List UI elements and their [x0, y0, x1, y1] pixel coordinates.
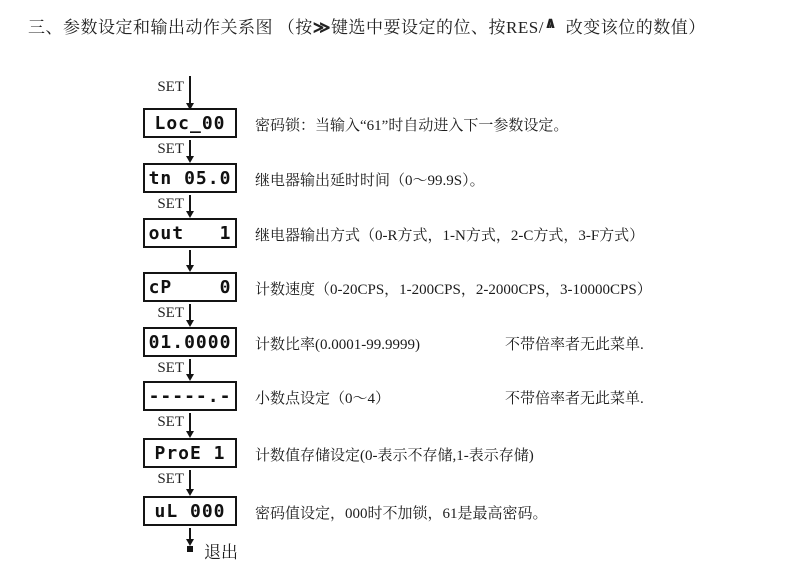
- step-note: 不带倍率者无此菜单.: [505, 387, 644, 408]
- down-arrow-icon: [189, 528, 191, 540]
- lcd-display-count-ratio: 01.0000: [143, 327, 237, 357]
- set-key-label: SET: [142, 471, 184, 488]
- set-key-label: SET: [142, 141, 184, 158]
- lcd-segment-text: cP 0: [149, 277, 232, 298]
- set-key-label: SET: [142, 305, 184, 322]
- down-arrow-icon: [189, 304, 191, 321]
- down-arrow-icon: [189, 76, 191, 104]
- down-arrow-icon: [189, 140, 191, 157]
- lcd-segment-text: uL 000: [154, 501, 225, 522]
- step-description: 继电器输出方式（0-R方式，1-N方式，2-C方式，3-F方式）: [255, 224, 644, 245]
- title-text: 改变该位的数值）: [561, 18, 706, 37]
- down-arrow-icon: [189, 250, 191, 266]
- set-key-label: SET: [142, 196, 184, 213]
- shift-key-icon: ≫: [313, 18, 331, 37]
- increment-key-icon: ∧∧: [544, 19, 561, 35]
- page-title: 三、参数设定和输出动作关系图 （按≫键选中要设定的位、按RES/∧∧ 改变该位的…: [28, 13, 706, 38]
- set-key-label: SET: [142, 79, 184, 96]
- lcd-display-count-speed: cP 0: [143, 272, 237, 302]
- set-key-label: SET: [142, 414, 184, 431]
- lcd-display-password-lock: Loc_00: [143, 108, 237, 138]
- title-text: 键选中要设定的位、按RES/: [331, 18, 544, 37]
- exit-dot-icon: [187, 546, 193, 552]
- lcd-display-delay-time: tn 05.0: [143, 163, 237, 193]
- down-arrow-icon: [189, 470, 191, 490]
- lcd-display-password-value: uL 000: [143, 496, 237, 526]
- lcd-segment-text: ProE 1: [154, 443, 225, 464]
- exit-label: 退出: [204, 538, 238, 563]
- lcd-segment-text: 01.0000: [149, 332, 232, 353]
- step-note: 不带倍率者无此菜单.: [505, 333, 644, 354]
- manual-page: 三、参数设定和输出动作关系图 （按≫键选中要设定的位、按RES/∧∧ 改变该位的…: [0, 0, 800, 586]
- step-description: 密码锁：当输入“61”时自动进入下一参数设定。: [255, 114, 568, 135]
- down-arrow-icon: [189, 359, 191, 375]
- lcd-segment-text: Loc_00: [154, 113, 225, 134]
- step-description: 小数点设定（0～4）: [255, 387, 390, 408]
- lcd-display-storage-setting: ProE 1: [143, 438, 237, 468]
- step-description: 密码值设定，000时不加锁，61是最高密码。: [255, 502, 548, 523]
- lcd-segment-text: -----.-: [149, 386, 232, 407]
- down-arrow-icon: [189, 195, 191, 212]
- set-key-label: SET: [142, 360, 184, 377]
- down-arrow-icon: [189, 413, 191, 432]
- step-description: 计数比率(0.0001-99.9999): [255, 333, 420, 354]
- step-description: 计数值存储设定(0-表示不存储,1-表示存储): [255, 444, 534, 465]
- lcd-display-output-mode: out 1: [143, 218, 237, 248]
- step-description: 计数速度（0-20CPS，1-200CPS，2-2000CPS，3-10000C…: [255, 278, 652, 299]
- lcd-display-decimal-point: -----.-: [143, 381, 237, 411]
- lcd-segment-text: out 1: [149, 223, 232, 244]
- title-text: 三、参数设定和输出动作关系图 （按: [28, 18, 313, 37]
- step-description: 继电器输出延时时间（0～99.9S）。: [255, 169, 485, 190]
- lcd-segment-text: tn 05.0: [149, 168, 232, 189]
